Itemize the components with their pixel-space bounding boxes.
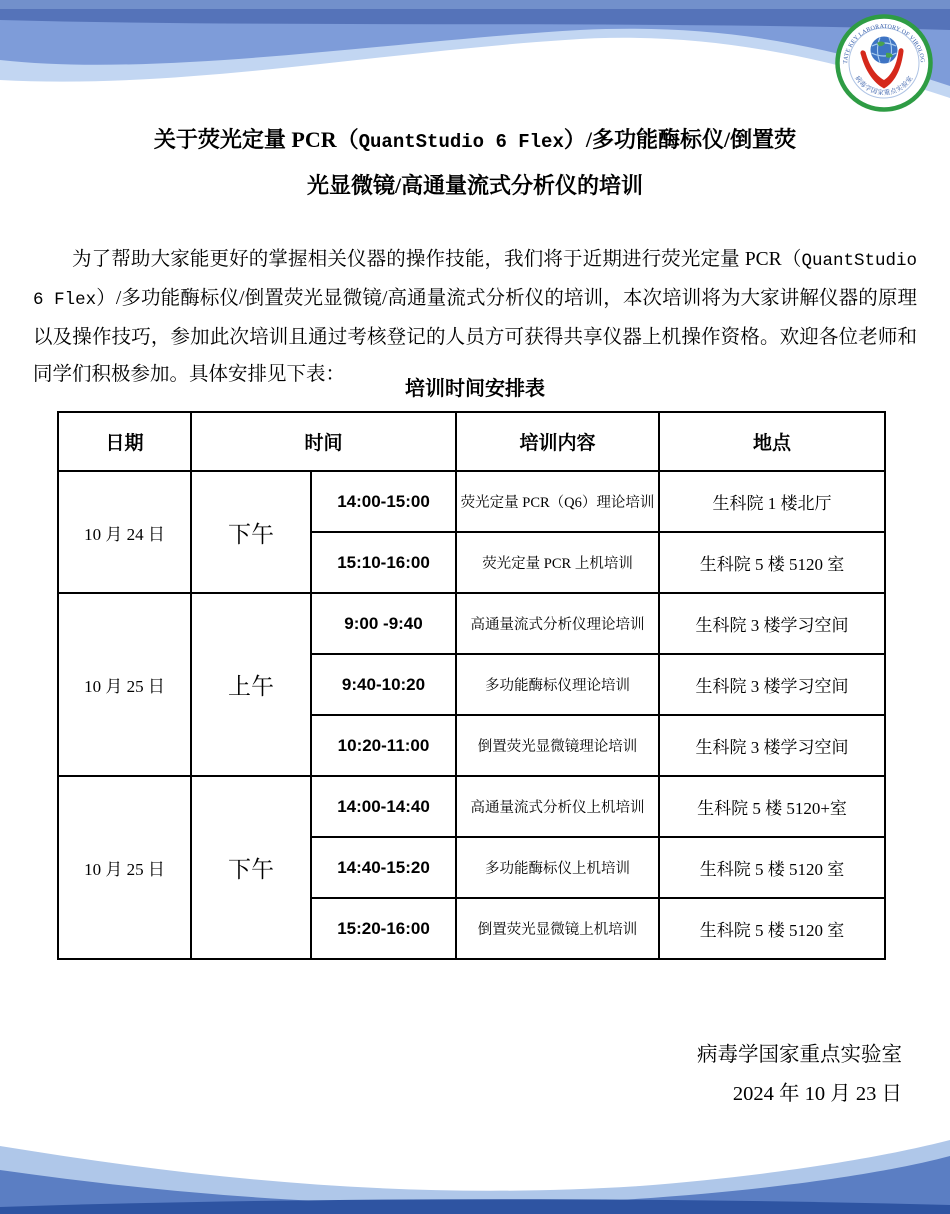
content-cell: 倒置荧光显微镜理论培训 (456, 715, 659, 776)
time-cell: 9:00 -9:40 (311, 593, 456, 654)
document-title: 关于荧光定量 PCR（QuantStudio 6 Flex）/多功能酶标仪/倒置… (60, 118, 890, 207)
header-time: 时间 (191, 412, 456, 471)
location-cell: 生科院 5 楼 5120 室 (659, 532, 885, 593)
date-cell: 10 月 24 日 (58, 471, 191, 593)
header-date: 日期 (58, 412, 191, 471)
table-row: 10 月 25 日 上午 9:00 -9:40 高通量流式分析仪理论培训 生科院… (58, 593, 885, 654)
date-cell: 10 月 25 日 (58, 776, 191, 959)
header-wave-decoration (0, 0, 950, 115)
schedule-table-title: 培训时间安排表 (0, 372, 950, 401)
content-cell: 荧光定量 PCR（Q6）理论培训 (456, 471, 659, 532)
content-cell: 多功能酶标仪理论培训 (456, 654, 659, 715)
time-cell: 15:20-16:00 (311, 898, 456, 959)
content-cell: 多功能酶标仪上机培训 (456, 837, 659, 898)
time-cell: 10:20-11:00 (311, 715, 456, 776)
location-cell: 生科院 3 楼学习空间 (659, 654, 885, 715)
table-row: 10 月 24 日 下午 14:00-15:00 荧光定量 PCR（Q6）理论培… (58, 471, 885, 532)
title-line-1: 关于荧光定量 PCR（QuantStudio 6 Flex）/多功能酶标仪/倒置… (60, 118, 890, 164)
location-cell: 生科院 5 楼 5120 室 (659, 898, 885, 959)
time-cell: 14:40-15:20 (311, 837, 456, 898)
content-cell: 高通量流式分析仪上机培训 (456, 776, 659, 837)
location-cell: 生科院 5 楼 5120 室 (659, 837, 885, 898)
laboratory-seal-logo: STATE KEY LABORATORY OF VIROLOGY 病毒学国家重点… (834, 13, 934, 113)
table-header-row: 日期 时间 培训内容 地点 (58, 412, 885, 471)
title-product-name: QuantStudio 6 Flex (359, 131, 564, 153)
time-cell: 14:00-14:40 (311, 776, 456, 837)
intro-paragraph: 为了帮助大家能更好的掌握相关仪器的操作技能，我们将于近期进行荧光定量 PCR（Q… (33, 241, 917, 393)
location-cell: 生科院 3 楼学习空间 (659, 715, 885, 776)
header-content: 培训内容 (456, 412, 659, 471)
footer-wave-decoration (0, 1120, 950, 1214)
time-cell: 14:00-15:00 (311, 471, 456, 532)
content-cell: 倒置荧光显微镜上机培训 (456, 898, 659, 959)
schedule-table: 日期 时间 培训内容 地点 10 月 24 日 下午 14:00-15:00 荧… (57, 411, 886, 960)
location-cell: 生科院 5 楼 5120+室 (659, 776, 885, 837)
table-row: 10 月 25 日 下午 14:00-14:40 高通量流式分析仪上机培训 生科… (58, 776, 885, 837)
title-line-2: 光显微镜/高通量流式分析仪的培训 (60, 164, 890, 207)
period-cell: 下午 (191, 471, 311, 593)
header-location: 地点 (659, 412, 885, 471)
content-cell: 荧光定量 PCR 上机培训 (456, 532, 659, 593)
period-cell: 上午 (191, 593, 311, 776)
globe-icon (871, 37, 898, 64)
signature-block: 病毒学国家重点实验室 2024 年 10 月 23 日 (697, 1036, 902, 1114)
time-cell: 15:10-16:00 (311, 532, 456, 593)
date-cell: 10 月 25 日 (58, 593, 191, 776)
location-cell: 生科院 3 楼学习空间 (659, 593, 885, 654)
content-cell: 高通量流式分析仪理论培训 (456, 593, 659, 654)
time-cell: 9:40-10:20 (311, 654, 456, 715)
location-cell: 生科院 1 楼北厅 (659, 471, 885, 532)
signature-organization: 病毒学国家重点实验室 (697, 1036, 902, 1075)
signature-date: 2024 年 10 月 23 日 (697, 1075, 902, 1114)
document-page: STATE KEY LABORATORY OF VIROLOGY 病毒学国家重点… (0, 0, 950, 1214)
period-cell: 下午 (191, 776, 311, 959)
